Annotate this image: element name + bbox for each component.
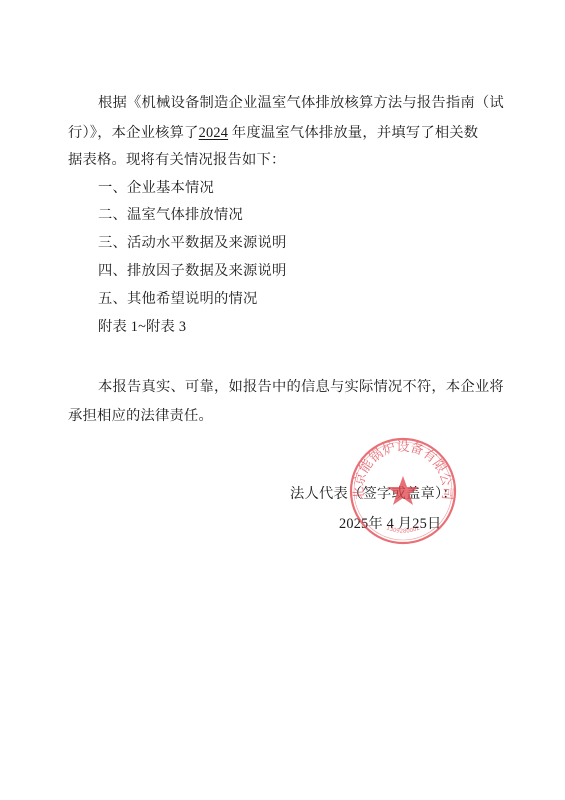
report-year: 2024: [199, 125, 228, 141]
intro-line-3: 据表格。现将有关情况报告如下：: [68, 151, 285, 169]
section-item-1: 一、企业基本情况: [98, 179, 214, 197]
intro-line-2: 行）》，本企业核算了2024 年度温室气体排放量，并填写了相关数: [68, 124, 478, 142]
intro-line-1: 根据《机械设备制造企业温室气体排放核算方法与报告指南（试: [98, 94, 504, 112]
section-item-5: 五、其他希望说明的情况: [98, 290, 257, 308]
declaration-line-2: 承担相应的法律责任。: [68, 407, 213, 425]
section-item-4: 四、排放因子数据及来源说明: [98, 262, 286, 280]
section-item-2: 二、温室气体排放情况: [98, 206, 243, 224]
svg-text:1309280002: 1309280002: [385, 525, 421, 534]
intro-line-2-before: 行）》，本企业核算了: [68, 125, 199, 141]
document-page: 根据《机械设备制造企业温室气体排放核算方法与报告指南（试 行）》，本企业核算了2…: [0, 0, 565, 800]
appendix-line: 附表 1~附表 3: [98, 318, 186, 336]
company-seal-icon: 北京能锅炉设备有限公司 1309280002: [348, 436, 458, 546]
intro-line-2-after: 年度温室气体排放量，并填写了相关数: [232, 125, 478, 141]
section-item-3: 三、活动水平数据及来源说明: [98, 234, 286, 252]
declaration-line-1: 本报告真实、可靠，如报告中的信息与实际情况不符，本企业将: [98, 378, 504, 396]
